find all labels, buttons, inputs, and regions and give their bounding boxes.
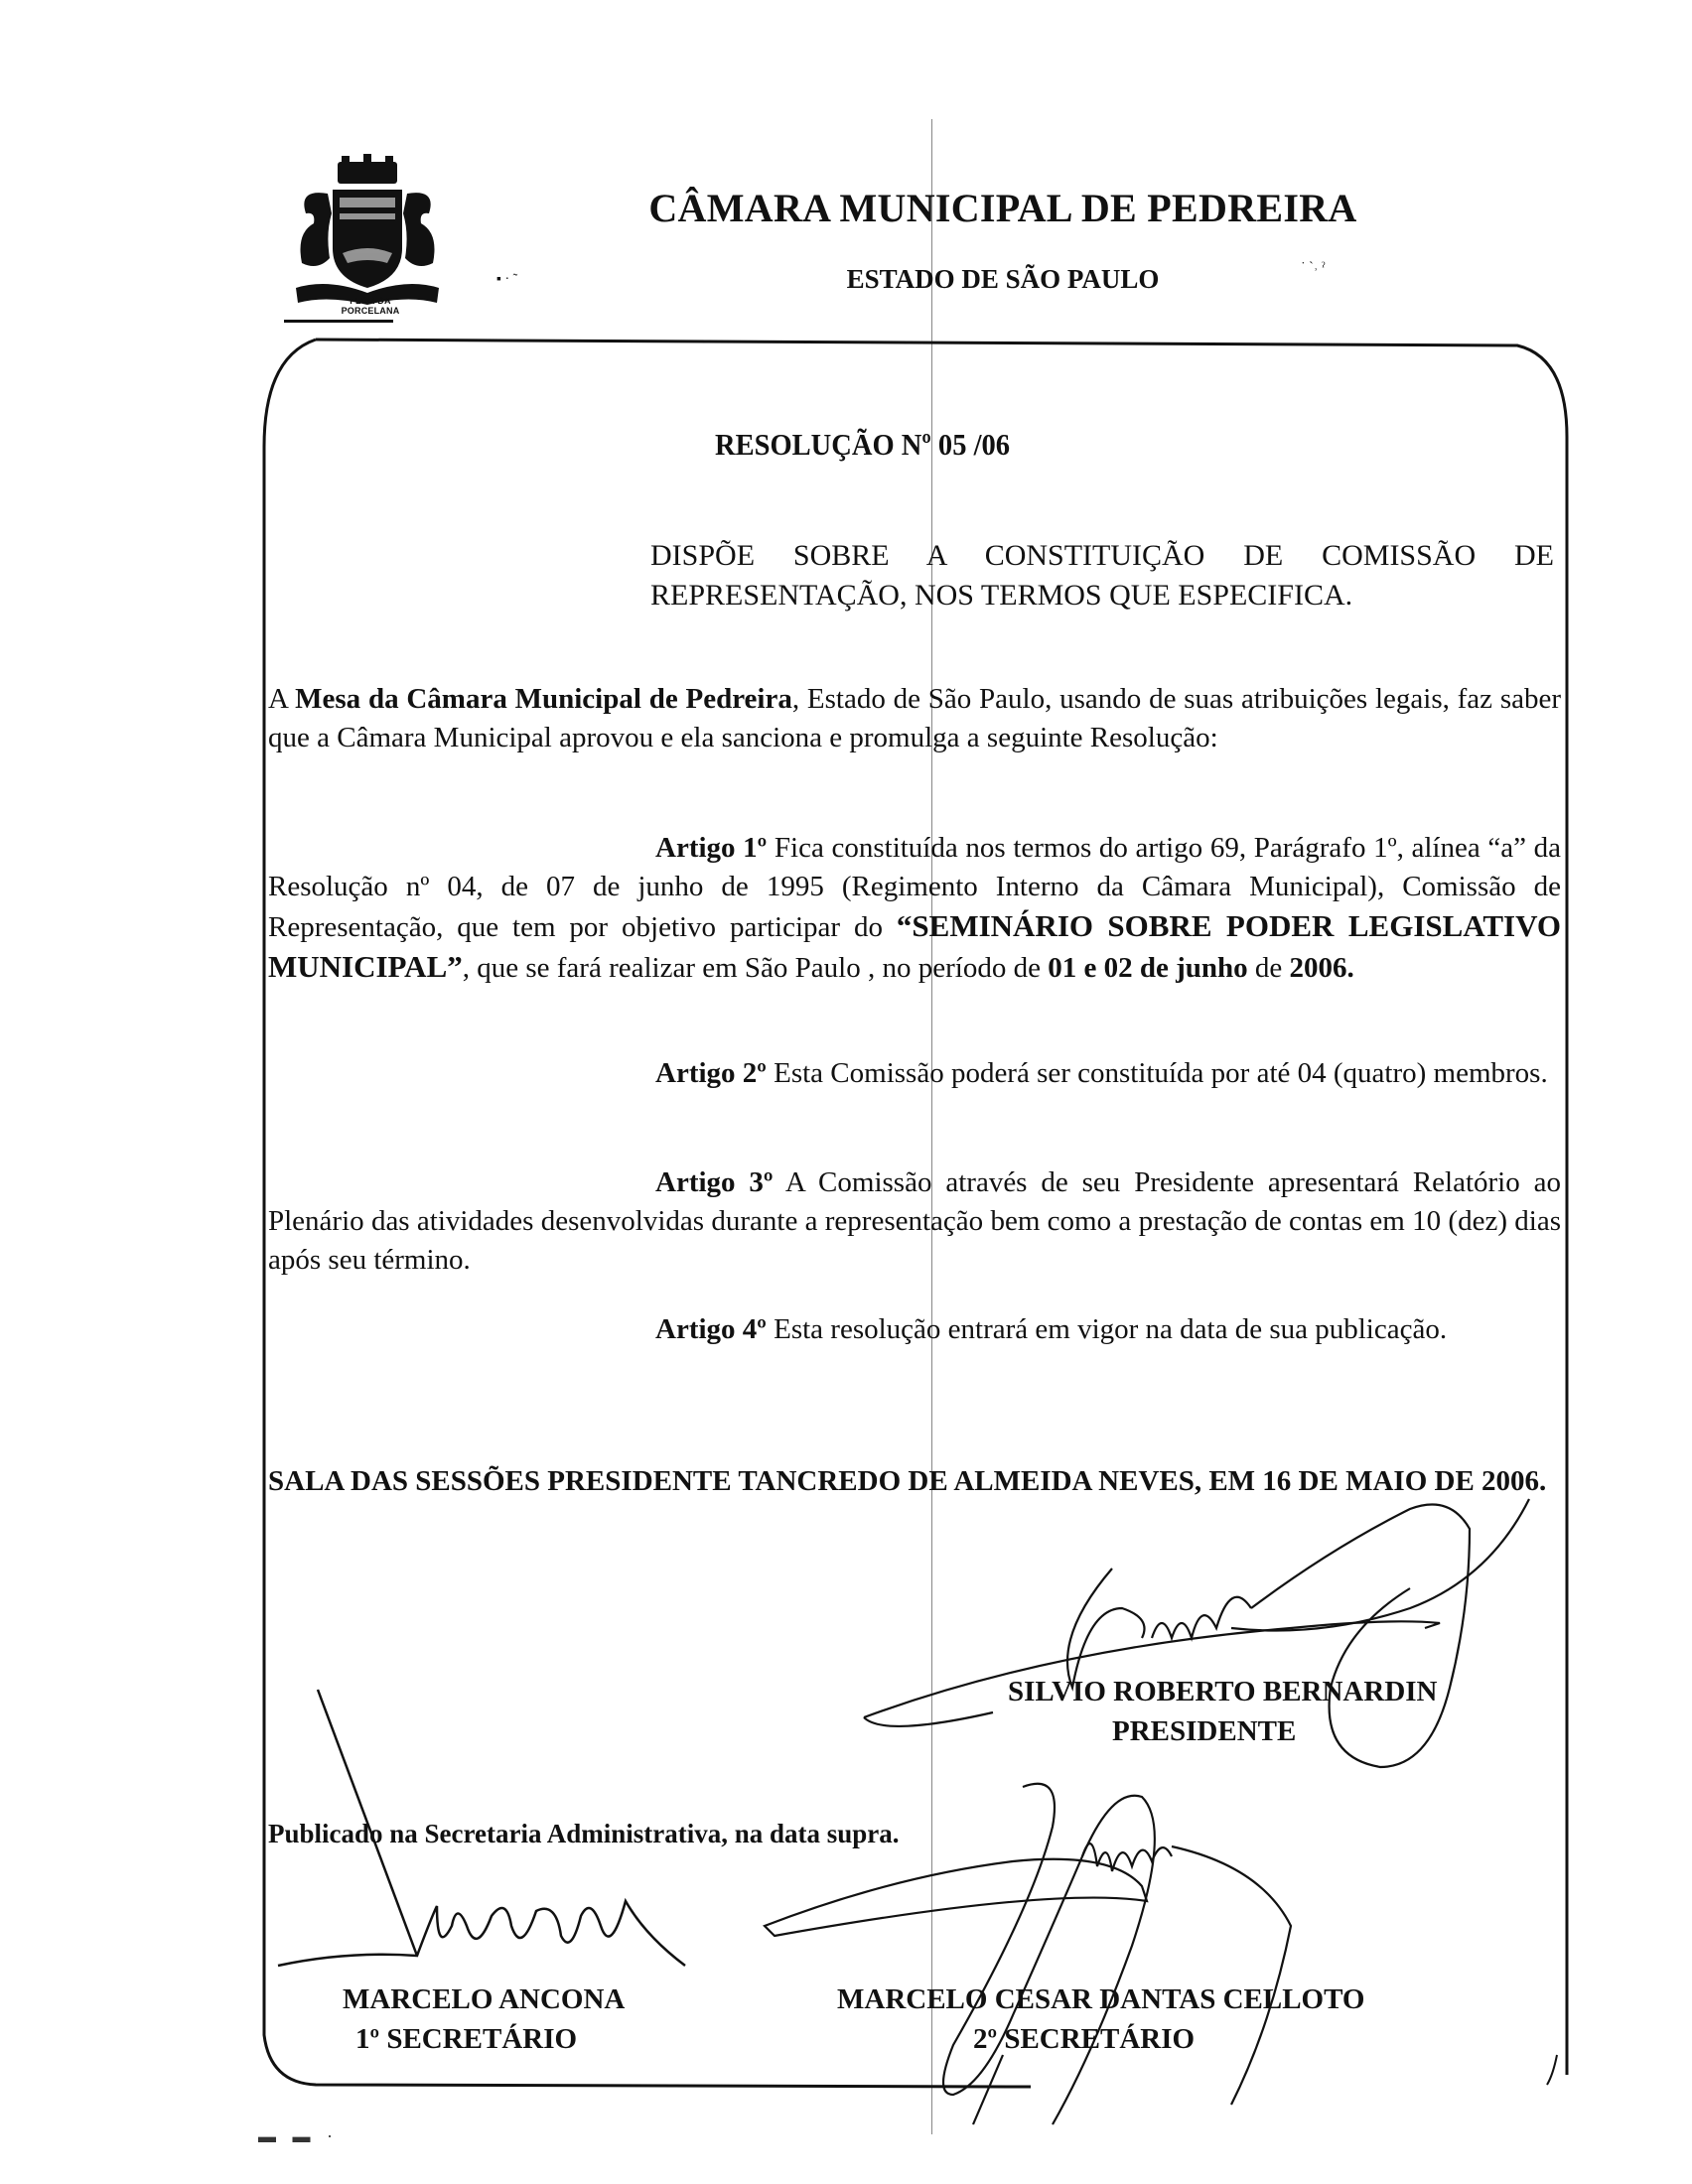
- article-4-label: Artigo 4º: [655, 1313, 767, 1345]
- second-secretary-signature-icon: [755, 1767, 1470, 2144]
- scan-speck: ▪ · ˜: [496, 272, 517, 288]
- first-secretary-role: 1º SECRETÁRIO: [355, 2023, 577, 2056]
- article-3-text: A Comissão através de seu Presidente apr…: [268, 1166, 1561, 1276]
- president-name: SILVIO ROBERTO BERNARDIN: [1008, 1676, 1438, 1708]
- crest-caption-line-2: PORCELANA: [316, 306, 425, 316]
- preamble-prefix: A: [268, 683, 295, 715]
- article-1-text-2: , que se fará realizar em São Paulo , no…: [463, 952, 1048, 984]
- article-2-label: Artigo 2º: [655, 1057, 767, 1089]
- second-secretary-name: MARCELO CESAR DANTAS CELLOTO: [837, 1983, 1365, 2016]
- resolution-title: RESOLUÇÃO Nº 05 /06: [715, 427, 1010, 463]
- state-subtitle: ESTADO DE SÃO PAULO: [635, 264, 1370, 295]
- chamber-title: CÂMARA MUNICIPAL DE PEDREIRA: [635, 185, 1370, 231]
- article-3-label: Artigo 3º: [655, 1166, 774, 1198]
- article-2-text: Esta Comissão poderá ser constituída por…: [767, 1057, 1548, 1089]
- article-1: Artigo 1º Fica constituída nos termos do…: [268, 829, 1561, 988]
- article-1-text-3: de: [1248, 952, 1290, 984]
- preamble-issuer: Mesa da Câmara Municipal de Pedreira: [295, 683, 792, 715]
- first-secretary-name: MARCELO ANCONA: [343, 1983, 625, 2016]
- article-4-text: Esta resolução entrará em vigor na data …: [767, 1313, 1447, 1345]
- first-secretary-signature-icon: [268, 1688, 705, 1985]
- article-1-dates: 01 e 02 de junho: [1048, 952, 1247, 984]
- resolution-summary: DISPÕE SOBRE A CONSTITUIÇÃO DE COMISSÃO …: [650, 536, 1554, 615]
- crest-caption-line-1: FLOR DA: [316, 296, 425, 306]
- crest-underline: [284, 320, 393, 323]
- crest-caption: FLOR DA PORCELANA: [316, 296, 425, 316]
- article-3: Artigo 3º A Comissão através de seu Pres…: [268, 1163, 1561, 1280]
- article-2: Artigo 2º Esta Comissão poderá ser const…: [268, 1054, 1561, 1093]
- article-4: Artigo 4º Esta resolução entrará em vigo…: [268, 1310, 1561, 1349]
- second-secretary-role: 2º SECRETÁRIO: [973, 2023, 1195, 2056]
- scan-artifact: ▬ ▬ ·: [258, 2126, 339, 2147]
- article-1-label: Artigo 1º: [655, 832, 767, 864]
- president-role: PRESIDENTE: [1112, 1715, 1296, 1748]
- preamble-paragraph: A Mesa da Câmara Municipal de Pedreira, …: [268, 680, 1561, 757]
- article-1-year: 2006.: [1290, 952, 1354, 984]
